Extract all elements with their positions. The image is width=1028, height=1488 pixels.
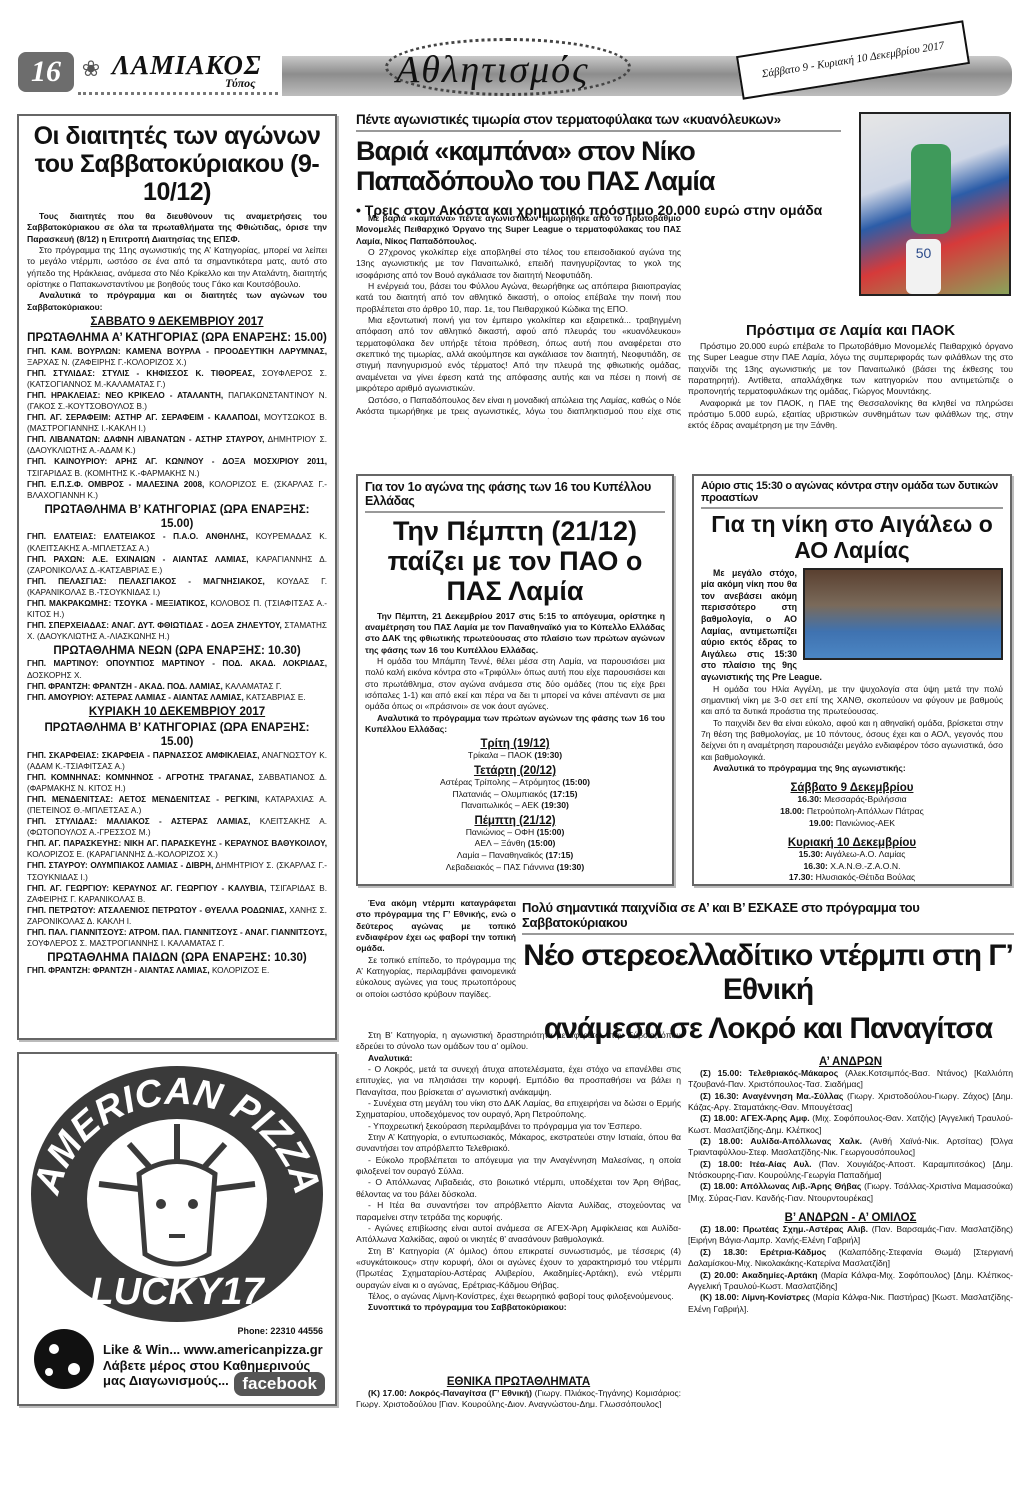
match-teams: ΓΗΠ. ΛΙΒΑΝΑΤΩΝ: ΔΑΦΝΗ ΛΙΒΑΝΑΤΩΝ - ΑΣΤΗΡ … bbox=[27, 435, 264, 444]
divider bbox=[522, 933, 1014, 935]
article-kicker: Για τον 1ο αγώνα της φάσης των 16 του Κυ… bbox=[365, 480, 665, 508]
match-teams: ΓΗΠ. ΜΑΡΤΙΝΟΥ: ΟΠΟΥΝΤΙΟΣ ΜΑΡΤΙΝΟΥ - ΠΟΔ.… bbox=[27, 659, 327, 668]
article-para: Η ομάδα του Ηλία Αγγέλη, με την ψυχολογί… bbox=[701, 684, 1003, 718]
papadopoulos-article: Πέντε αγωνιστικές τιμωρία στον τερματοφύ… bbox=[356, 112, 841, 218]
american-pizza-ad[interactable]: AMERICAN PIZZA LUCKY17 Phone: 22310 4455… bbox=[17, 1052, 337, 1406]
bullet-para: - Ο Απόλλωνας Λιβαδειάς, στο βοιωτικό ντ… bbox=[356, 1177, 681, 1200]
fixture-time: (19:30) bbox=[534, 750, 562, 760]
fixture-time: 18.00: bbox=[780, 806, 804, 816]
match-teams: ΓΗΠ. ΠΕΛΑΣΓΙΑΣ: ΠΕΛΑΣΓΙΑΚΟΣ - ΜΑΓΝΗΣΙΑΚΟ… bbox=[27, 577, 265, 586]
fixture-teams: (Σ) 15.00: Τελεθριακός-Μάκαρος bbox=[700, 1068, 838, 1078]
schedule-date: ΚΥΡΙΑΚΗ 10 ΔΕΚΕΜΒΡΙΟΥ 2017 bbox=[27, 705, 327, 719]
match-teams: ΓΗΠ. ΣΤΥΛΙΔΑΣ: ΜΑΛΙΑΚΟΣ - ΑΣΤΕΡΑΣ ΛΑΜΙΑΣ… bbox=[27, 817, 250, 826]
referees-title-line2: του Σαββατοκύριακου (9-10/12) bbox=[27, 150, 327, 206]
bullet-para: - Συνέχεια στη μεγάλη του νίκη στο ΔΑΚ Λ… bbox=[356, 1098, 681, 1121]
fixture-row: (Σ) 16.30: Αναγέννηση Μα.-Σύλλας (Γιωργ.… bbox=[688, 1091, 1013, 1114]
local-schedule: Α’ ΑΝΔΡΩΝ(Σ) 15.00: Τελεθριακός-Μάκαρος … bbox=[688, 1010, 1013, 1315]
article-kicker: Πολύ σημαντικά παιχνίδια σε Α’ και Β’ ΕΣ… bbox=[522, 900, 1014, 930]
article-para: Η ενέργειά του, βάσει του Φύλλου Αγώνα, … bbox=[356, 281, 681, 315]
fixture-row: (Κ) 18.00: Λίμνη-Κονίστρες (Μαρία Κάλφα-… bbox=[688, 1292, 1013, 1315]
article-para: Τέλος, ο αγώνας Λίμνη-Κονίστρες, έχει θε… bbox=[356, 1291, 681, 1302]
fixture-teams: Λεβαδειακός – ΠΑΣ Γιάννινα bbox=[446, 862, 557, 872]
match-row: ΓΗΠ. ΛΙΒΑΝΑΤΩΝ: ΔΑΦΝΗ ΛΙΒΑΝΑΤΩΝ - ΑΣΤΗΡ … bbox=[27, 434, 327, 456]
league-title: ΠΡΩΤΑΘΛΗΜΑ ΠΑΙΔΩΝ (ΩΡΑ ΕΝΑΡΞΗΣ: 10.30) bbox=[27, 951, 327, 965]
match-row: ΓΗΠ. ΜΑΡΤΙΝΟΥ: ΟΠΟΥΝΤΙΟΣ ΜΑΡΤΙΝΟΥ - ΠΟΔ.… bbox=[27, 658, 327, 680]
article-para: Μια εξοντωτική ποινή για τον έμπειρο γκο… bbox=[356, 315, 681, 394]
article-para: Αναλυτικά το πρόγραμμα των πρώτων αγώνων… bbox=[365, 713, 665, 736]
fixture-time: 15.30: bbox=[799, 849, 823, 859]
match-referees: ΚΟΛΟΡΙΖΟΣ Ε. bbox=[210, 966, 270, 975]
league-title: ΠΡΩΤΑΘΛΗΜΑ ΝΕΩΝ (ΩΡΑ ΕΝΑΡΞΗΣ: 10.30) bbox=[27, 644, 327, 658]
article-para: Με βαριά «καμπάνα» πέντε αγωνιστικών τιμ… bbox=[356, 213, 681, 247]
referees-title-line1: Οι διαιτητές των αγώνων bbox=[27, 122, 327, 150]
article-para: Συνοπτικά το πρόγραμμα του Σαββατοκύριακ… bbox=[356, 1302, 681, 1313]
fixture-teams: Πετρούπολη-Απόλλων Πάτρας bbox=[805, 806, 924, 816]
fixture-row: 19.00: Πανιώνιος-ΑΕΚ bbox=[701, 818, 1003, 830]
fixture-row: (Σ) 18.00: Ιτέα-Αίας Αυλ. (Παν. Χουγιάζο… bbox=[688, 1159, 1013, 1182]
fixture-teams: (Κ) 18.00: Λίμνη-Κονίστρες bbox=[700, 1292, 810, 1302]
match-referees: ΚΑΤΣΑΒΡΙΑΣ Ε. bbox=[244, 693, 306, 702]
dotted-rule bbox=[78, 92, 278, 95]
league-title: ΠΡΩΤΑΘΛΗΜΑ Α’ ΚΑΤΗΓΟΡΙΑΣ (ΩΡΑ ΕΝΑΡΞΗΣ: 1… bbox=[27, 331, 327, 345]
fixture-time: 19.00: bbox=[809, 818, 833, 828]
match-teams: ΓΗΠ. ΜΕΝΔΕΝΙΤΣΑΣ: ΑΕΤΟΣ ΜΕΝΔΕΝΙΤΣΑΣ - ΡΕ… bbox=[27, 795, 259, 804]
match-teams: ΓΗΠ. ΦΡΑΝΤΖΗ: ΦΡΑΝΤΖΗ - ΑΚΑΔ. ΠΟΔ. ΛΑΜΙΑ… bbox=[27, 682, 223, 691]
fixture-row: (Κ) 17.00: Λοκρός-Παναγίτσα (Γ’ Εθνική) … bbox=[356, 1388, 681, 1408]
fixture-time: (15:00) bbox=[562, 777, 590, 787]
match-teams: ΓΗΠ. ΚΟΜΝΗΝΑΣ: ΚΟΜΝΗΝΟΣ - ΑΓΡΟΤΗΣ ΤΡΑΓΑΝ… bbox=[27, 773, 254, 782]
match-row: ΓΗΠ. ΗΡΑΚΛΕΙΑΣ: ΝΕΟ ΚΡΙΚΕΛΟ - ΑΤΑΛΑΝΤΗ, … bbox=[27, 390, 327, 412]
article-para: Στη Β’ Κατηγορία (Α’ όμιλος) όπου επικρα… bbox=[356, 1246, 681, 1291]
facebook-badge[interactable]: facebook bbox=[234, 1372, 325, 1396]
fixture-row: Πλατανιάς – Ολυμπιακός (17:15) bbox=[365, 789, 665, 801]
cup-schedule: Τρίτη (19/12)Τρίκαλα – ΠΑΟΚ (19:30)Τετάρ… bbox=[365, 738, 665, 873]
article-para: Την Πέμπτη, 21 Δεκεμβρίου 2017 στις 5:15… bbox=[365, 611, 665, 656]
match-row: ΓΗΠ. ΣΠΕΡΧΕΙΑΔΑΣ: ΑΝΑΓ. ΔΥΤ. ΦΘΙΩΤΙΔΑΣ -… bbox=[27, 620, 327, 642]
fixture-row: 18.00: Πετρούπολη-Απόλλων Πάτρας bbox=[701, 806, 1003, 818]
volley-article: Αύριο στις 15:30 ο αγώνας κόντρα στην ομ… bbox=[692, 474, 1012, 886]
bullet-para: - Η Ιτέα θα συναντήσει τον απρόβλεπτο Αί… bbox=[356, 1200, 681, 1223]
match-teams: ΓΗΠ. ΦΡΑΝΤΖΗ: ΦΡΑΝΤΖΗ - ΑΙΑΝΤΑΣ ΛΑΜΙΑΣ, bbox=[27, 966, 210, 975]
match-teams: ΓΗΠ. ΠΑΛ. ΓΙΑΝΝΙΤΣΟΥΣ: ΑΤΡΟΜ. ΠΑΛ. ΓΙΑΝΝ… bbox=[27, 928, 327, 937]
match-row: ΓΗΠ. ΣΤΥΛΙΔΑΣ: ΜΑΛΙΑΚΟΣ - ΑΣΤΕΡΑΣ ΛΑΜΙΑΣ… bbox=[27, 816, 327, 838]
fixture-row: (Σ) 18.30: Ερέτρια-Κάδμος (Καλαπόδης-Στε… bbox=[688, 1247, 1013, 1270]
match-row: ΓΗΠ. ΕΛΑΤΕΙΑΣ: ΕΛΑΤΕΙΑΚΟΣ - Π.Α.Ο. ΑΝΘΗΛ… bbox=[27, 531, 327, 553]
match-row: ΓΗΠ. ΚΟΜΝΗΝΑΣ: ΚΟΜΝΗΝΟΣ - ΑΓΡΟΤΗΣ ΤΡΑΓΑΝ… bbox=[27, 772, 327, 794]
match-referees: ΞΑΡΧΑΣ Ν. (ΖΑΦΕΙΡΗΣ Γ.-ΚΟΛΟΡΙΖΟΣ Χ.) bbox=[27, 358, 187, 367]
schedule-day: Κυριακή 10 Δεκεμβρίου bbox=[701, 837, 1003, 849]
fixture-teams: Ηλυσιακός-Θέτιδα Βούλας bbox=[813, 872, 915, 882]
match-teams: ΓΗΠ. ΣΤΑΥΡΟΥ: ΟΛΥΜΠΙΑΚΟΣ ΛΑΜΙΑΣ - ΔΙΒΡΗ, bbox=[27, 861, 213, 870]
fixture-row: (Σ) 18.00: Απόλλωνας Λιβ.-Άρης Θήβας (Γι… bbox=[688, 1181, 1013, 1204]
ad-line: Λάβετε μέρος στου Καθημερινούς bbox=[103, 1358, 323, 1374]
fixture-teams: Πανιώνιος – ΟΦΗ bbox=[466, 827, 537, 837]
match-row: ΓΗΠ. ΠΑΛ. ΓΙΑΝΝΙΤΣΟΥΣ: ΑΤΡΟΜ. ΠΑΛ. ΓΙΑΝΝ… bbox=[27, 927, 327, 949]
article-para: Στη Β’ Κατηγορία, η αγωνιστική δραστηριό… bbox=[356, 1030, 681, 1053]
svg-text:LUCKY17: LUCKY17 bbox=[90, 1271, 265, 1313]
volleyball-team-photo bbox=[803, 568, 1003, 660]
fixture-teams: Παναιτωλικός – ΑΕΚ bbox=[461, 800, 541, 810]
fixture-time: 16.30: bbox=[804, 861, 828, 871]
bullet-para: - Αγώνες επιβίωσης είναι αυτοί ανάμεσα σ… bbox=[356, 1223, 681, 1246]
fixture-teams: Λαμία – Παναθηναϊκός bbox=[457, 850, 546, 860]
article-para: Αναλυτικά: bbox=[356, 1053, 681, 1064]
article-kicker: Πέντε αγωνιστικές τιμωρία στον τερματοφύ… bbox=[356, 112, 841, 127]
article-headline: Νέο στερεοελλαδίτικο ντέρμπι στη Γ’ Εθνι… bbox=[522, 939, 1014, 1006]
article-lead: Ένα ακόμη ντέρμπι καταγράφεται στο πρόγρ… bbox=[356, 898, 516, 955]
fixture-time: (17:15) bbox=[546, 850, 574, 860]
fixture-teams: (Σ) 18.00: Ιτέα-Αίας Αυλ. bbox=[700, 1159, 812, 1169]
article-para: Σε τοπικό επίπεδο, το πρόγραμμα της Α’ Κ… bbox=[356, 955, 516, 1000]
fixture-teams: (Σ) 18.30: Ερέτρια-Κάδμος bbox=[700, 1247, 826, 1257]
league-title: Α’ ΑΝΔΡΩΝ bbox=[688, 1056, 1013, 1068]
match-row: ΓΗΠ. ΑΓ. ΠΑΡΑΣΚΕΥΗΣ: ΝΙΚΗ ΑΓ. ΠΑΡΑΣΚΕΥΗΣ… bbox=[27, 838, 327, 860]
fixture-row: Τρίκαλα – ΠΑΟΚ (19:30) bbox=[365, 750, 665, 762]
referees-para: Στο πρόγραμμα της 11ης αγωνιστικής της Α… bbox=[27, 245, 327, 290]
fixture-row: Πανιώνιος – ΟΦΗ (15:00) bbox=[365, 827, 665, 839]
fixture-row: ΑΕΛ – Ξάνθη (15:00) bbox=[365, 838, 665, 850]
national-schedule: ΕΘΝΙΚΑ ΠΡΩΤΑΘΛΗΜΑΤΑ(Κ) 17.00: Λοκρός-Παν… bbox=[356, 1368, 681, 1408]
match-teams: ΓΗΠ. ΑΓ. ΠΑΡΑΣΚΕΥΗΣ: ΝΙΚΗ ΑΓ. ΠΑΡΑΣΚΕΥΗΣ… bbox=[27, 839, 327, 848]
match-teams: ΓΗΠ. ΗΡΑΚΛΕΙΑΣ: ΝΕΟ ΚΡΙΚΕΛΟ - ΑΤΑΛΑΝΤΗ, bbox=[27, 391, 223, 400]
fixture-teams: (Σ) 18.00: ΑΓΕΧ-Άρης Αμφ. bbox=[700, 1113, 810, 1123]
fixture-row: 15.30: Αιγάλεω-Α.Ο. Λαμίας bbox=[701, 849, 1003, 861]
fixture-row: Αστέρας Τρίπολης – Ατρόμητος (15:00) bbox=[365, 777, 665, 789]
fixture-teams: (Σ) 16.30: Αναγέννηση Μα.-Σύλλας bbox=[700, 1091, 843, 1101]
match-referees: ΚΟΛΟΡΙΖΟΣ Ε. (ΚΑΡΑΓΙΑΝΝΗΣ Δ.-ΚΟΛΟΡΙΖΟΣ Χ… bbox=[27, 850, 218, 859]
fixture-time: (17:15) bbox=[550, 789, 578, 799]
fixture-row: (Σ) 18.00: ΑΓΕΧ-Άρης Αμφ. (Μιχ. Σοφόπουλ… bbox=[688, 1113, 1013, 1136]
match-teams: ΓΗΠ. ΑΜΟΥΡΙΟΥ: ΑΣΤΕΡΑΣ ΛΑΜΙΑΣ - ΑΙΑΝΤΑΣ … bbox=[27, 693, 244, 702]
match-row: ΓΗΠ. ΑΓ. ΣΕΡΑΦΕΙΜ: ΑΣΤΗΡ ΑΓ. ΣΕΡΑΦΕΙΜ - … bbox=[27, 412, 327, 434]
fixture-time: (19:30) bbox=[556, 862, 584, 872]
league-title: ΕΘΝΙΚΑ ΠΡΩΤΑΘΛΗΜΑΤΑ bbox=[356, 1376, 681, 1388]
paper-subtitle: Τύπος bbox=[225, 76, 256, 91]
match-row: ΓΗΠ. ΡΑΧΩΝ: Α.Ε. ΕΧΙΝΑΙΩΝ - ΑΙΑΝΤΑΣ ΛΑΜΙ… bbox=[27, 554, 327, 576]
article-headline: Την Πέμπτη (21/12) παίζει με τον ΠΑΟ ο Π… bbox=[365, 516, 665, 607]
fixture-teams: Αιγάλεω-Α.Ο. Λαμίας bbox=[823, 849, 905, 859]
league-title: ΠΡΩΤΑΘΛΗΜΑ Β’ ΚΑΤΗΓΟΡΙΑΣ (ΩΡΑ ΕΝΑΡΞΗΣ: 1… bbox=[27, 503, 327, 532]
match-row: ΓΗΠ. ΣΤΥΛΙΔΑΣ: ΣΤΥΛΙΣ - ΚΗΦΙΣΣΟΣ Κ. ΤΙΘΟ… bbox=[27, 368, 327, 390]
article-para: Το παιχνίδι δεν θα είναι εύκολο, αφού κα… bbox=[701, 718, 1003, 763]
match-teams: ΓΗΠ. Ε.Π.Σ.Φ. ΟΜΒΡΟΣ - ΜΑΛΕΣΙΝΑ 2008, bbox=[27, 480, 204, 489]
match-row: ΓΗΠ. ΜΕΝΔΕΝΙΤΣΑΣ: ΑΕΤΟΣ ΜΕΝΔΕΝΙΤΣΑΣ - ΡΕ… bbox=[27, 794, 327, 816]
article-headline: Για τη νίκη στο Αιγάλεω ο ΑΟ Λαμίας bbox=[701, 512, 1003, 564]
ad-website-line[interactable]: Like & Win... www.americanpizza.gr bbox=[103, 1342, 323, 1358]
match-teams: ΓΗΠ. ΑΓ. ΣΕΡΑΦΕΙΜ: ΑΣΤΗΡ ΑΓ. ΣΕΡΑΦΕΙΜ - … bbox=[27, 413, 260, 422]
article-para: Στην Α’ Κατηγορία, ο εντυπωσιακός, Μάκαρ… bbox=[356, 1132, 681, 1155]
article-para: Ο 27χρονος γκολκίπερ είχε αποβληθεί στο … bbox=[356, 247, 681, 281]
fixture-teams: Πλατανιάς – Ολυμπιακός bbox=[453, 789, 550, 799]
match-row: ΓΗΠ. ΚΑΙΝΟΥΡΙΟΥ: ΑΡΗΣ ΑΓ. ΚΩΝ/ΝΟΥ - ΔΟΞΑ… bbox=[27, 456, 327, 478]
match-row: ΓΗΠ. ΚΑΜ. ΒΟΥΡΛΩΝ: ΚΑΜΕΝΑ ΒΟΥΡΛΑ - ΠΡΟΟΔ… bbox=[27, 346, 327, 368]
fixture-row: (Σ) 18.00: Πρωτέας Σχημ.-Αστέρας Αλιβ. (… bbox=[688, 1224, 1013, 1247]
ad-phone: Phone: 22310 44556 bbox=[237, 1326, 323, 1336]
volley-schedule: Σάββατο 9 Δεκεμβρίου16.30: Μεσσαράς-Βριλ… bbox=[701, 782, 1003, 884]
fixture-row: Λαμία – Παναθηναϊκός (17:15) bbox=[365, 850, 665, 862]
fixture-row: (Σ) 20.00: Ακαδημίες-Αρτάκη (Μαρία Κάλφα… bbox=[688, 1270, 1013, 1293]
article-para: Αναλυτικά το πρόγραμμα της 9ης αγωνιστικ… bbox=[701, 763, 1003, 774]
referees-schedule: ΣΑΒΒΑΤΟ 9 ΔΕΚΕΜΒΡΙΟΥ 2017ΠΡΩΤΑΘΛΗΜΑ Α’ Κ… bbox=[27, 315, 327, 976]
fixture-row: (Σ) 18.00: Αυλίδα-Απόλλωνας Χαλκ. (Ανθή … bbox=[688, 1136, 1013, 1159]
page-number: 16 bbox=[18, 52, 74, 92]
article-para: Η ομάδα του Μπάμπη Τεννέ, θέλει μέσα στη… bbox=[365, 656, 665, 713]
schedule-day: Τρίτη (19/12) bbox=[365, 738, 665, 750]
fixture-time: 17.30: bbox=[789, 872, 813, 882]
fines-title: Πρόστιμα σε Λαμία και ΠΑΟΚ bbox=[688, 322, 1013, 339]
schedule-day: Πέμπτη (21/12) bbox=[365, 815, 665, 827]
match-row: ΓΗΠ. ΣΚΑΡΦΕΙΑΣ: ΣΚΑΡΦΕΙΑ - ΠΑΡΝΑΣΣΟΣ ΑΜΦ… bbox=[27, 750, 327, 772]
fixture-teams: Χ.Α.Ν.Θ.-Ζ.Α.Ο.Ν. bbox=[828, 861, 901, 871]
match-referees: ΣΟΥΦΛΕΡΟΣ Σ. ΜΑΣΤΡΟΓΙΑΝΝΗΣ Ι. ΚΑΛΑΜΑΤΑΣ … bbox=[27, 939, 224, 948]
fixture-row: Παναιτωλικός – ΑΕΚ (19:30) bbox=[365, 800, 665, 812]
match-teams: ΓΗΠ. ΣΚΑΡΦΕΙΑΣ: ΣΚΑΡΦΕΙΑ - ΠΑΡΝΑΣΣΟΣ ΑΜΦ… bbox=[27, 751, 259, 760]
divider bbox=[365, 511, 665, 513]
fixture-row: 16.30: Χ.Α.Ν.Θ.-Ζ.Α.Ο.Ν. bbox=[701, 861, 1003, 873]
section-title: Αθλητισμός bbox=[396, 48, 590, 92]
fixture-row: 17.30: Ηλυσιακός-Θέτιδα Βούλας bbox=[701, 872, 1003, 884]
match-referees: ΔΟΣΚΟΡΗΣ Χ. bbox=[27, 671, 82, 680]
article-para: Αναφορικά με τον ΠΑΟΚ, η ΠΑΕ της Θεσσαλο… bbox=[688, 398, 1013, 432]
article-para: Ωστόσο, ο Παπαδόπουλος δεν είναι η μοναδ… bbox=[356, 395, 681, 419]
referees-para: Αναλυτικά το πρόγραμμα και οι διαιτητές … bbox=[27, 290, 327, 313]
article-headline: Βαριά «καμπάνα» στον Νίκο Παπαδόπουλο το… bbox=[356, 136, 841, 196]
cup-article: Για τον 1ο αγώνα της φάσης των 16 του Κυ… bbox=[356, 474, 674, 886]
article-kicker: Αύριο στις 15:30 ο αγώνας κόντρα στην ομ… bbox=[701, 480, 1003, 504]
fixture-time: (15:00) bbox=[537, 827, 565, 837]
fixture-time: 16.30: bbox=[797, 794, 821, 804]
league-title: ΠΡΩΤΑΘΛΗΜΑ Β’ ΚΑΤΗΓΟΡΙΑΣ (ΩΡΑ ΕΝΑΡΞΗΣ: 1… bbox=[27, 721, 327, 750]
match-teams: ΓΗΠ. ΡΑΧΩΝ: Α.Ε. ΕΧΙΝΑΙΩΝ - ΑΙΑΝΤΑΣ ΛΑΜΙ… bbox=[27, 555, 249, 564]
fixture-teams: (Σ) 18.00: Απόλλωνας Λιβ.-Άρης Θήβας bbox=[700, 1181, 861, 1191]
match-teams: ΓΗΠ. ΜΑΚΡΑΚΩΜΗΣ: ΤΣΟΥΚΑ - ΜΕΞΙΑΤΙΚΟΣ, bbox=[27, 599, 207, 608]
match-teams: ΓΗΠ. ΣΤΥΛΙΔΑΣ: ΣΤΥΛΙΣ - ΚΗΦΙΣΣΟΣ Κ. ΤΙΘΟ… bbox=[27, 369, 255, 378]
schedule-date: ΣΑΒΒΑΤΟ 9 ΔΕΚΕΜΒΡΙΟΥ 2017 bbox=[27, 315, 327, 329]
match-teams: ΓΗΠ. ΚΑΙΝΟΥΡΙΟΥ: ΑΡΗΣ ΑΓ. ΚΩΝ/ΝΟΥ - ΔΟΞΑ… bbox=[27, 457, 327, 466]
goalkeeper-photo: 50 bbox=[859, 112, 1011, 296]
fixture-teams: ΑΕΛ – Ξάνθη bbox=[475, 838, 528, 848]
match-row: ΓΗΠ. ΠΕΤΡΩΤΟΥ: ΑΤΣΑΛΕΝΙΟΣ ΠΕΤΡΩΤΟΥ - ΘΥΕ… bbox=[27, 905, 327, 927]
schedule-day: Σάββατο 9 Δεκεμβρίου bbox=[701, 782, 1003, 794]
fixture-row: Λεβαδειακός – ΠΑΣ Γιάννινα (19:30) bbox=[365, 862, 665, 874]
match-row: ΓΗΠ. Ε.Π.Σ.Φ. ΟΜΒΡΟΣ - ΜΑΛΕΣΙΝΑ 2008, ΚΟ… bbox=[27, 479, 327, 501]
match-teams: ΓΗΠ. ΑΓ. ΓΕΩΡΓΙΟΥ: ΚΕΡΑΥΝΟΣ ΑΓ. ΓΕΩΡΓΙΟΥ… bbox=[27, 884, 266, 893]
match-teams: ΓΗΠ. ΚΑΜ. ΒΟΥΡΛΩΝ: ΚΑΜΕΝΑ ΒΟΥΡΛΑ - ΠΡΟΟΔ… bbox=[27, 347, 327, 356]
match-row: ΓΗΠ. ΣΤΑΥΡΟΥ: ΟΛΥΜΠΙΑΚΟΣ ΛΑΜΙΑΣ - ΔΙΒΡΗ,… bbox=[27, 860, 327, 882]
match-teams: ΓΗΠ. ΕΛΑΤΕΙΑΣ: ΕΛΑΤΕΙΑΚΟΣ - Π.Α.Ο. ΑΝΘΗΛ… bbox=[27, 532, 248, 541]
match-teams: ΓΗΠ. ΠΕΤΡΩΤΟΥ: ΑΤΣΑΛΕΝΙΟΣ ΠΕΤΡΩΤΟΥ - ΘΥΕ… bbox=[27, 906, 287, 915]
schedule-day: Τετάρτη (20/12) bbox=[365, 765, 665, 777]
match-row: ΓΗΠ. ΜΑΚΡΑΚΩΜΗΣ: ΤΣΟΥΚΑ - ΜΕΞΙΑΤΙΚΟΣ, ΚΟ… bbox=[27, 598, 327, 620]
rose-logo-icon: ❀ bbox=[80, 56, 102, 88]
match-row: ΓΗΠ. ΑΓ. ΓΕΩΡΓΙΟΥ: ΚΕΡΑΥΝΟΣ ΑΓ. ΓΕΩΡΓΙΟΥ… bbox=[27, 883, 327, 905]
league-title: Β’ ΑΝΔΡΩΝ - Α’ ΟΜΙΛΟΣ bbox=[688, 1212, 1013, 1224]
bullet-para: - Εύκολο προβλέπεται το απόγευμα για την… bbox=[356, 1155, 681, 1178]
match-row: ΓΗΠ. ΦΡΑΝΤΖΗ: ΦΡΑΝΤΖΗ - ΑΙΑΝΤΑΣ ΛΑΜΙΑΣ, … bbox=[27, 965, 327, 976]
match-teams: ΓΗΠ. ΣΠΕΡΧΕΙΑΔΑΣ: ΑΝΑΓ. ΔΥΤ. ΦΘΙΩΤΙΔΑΣ -… bbox=[27, 621, 282, 630]
divider bbox=[356, 130, 841, 132]
fixture-teams: (Σ) 18.00: Πρωτέας Σχημ.-Αστέρας Αλιβ. bbox=[700, 1224, 868, 1234]
match-referees: ΚΑΛΑΜΑΤΑΣ Γ. bbox=[223, 682, 282, 691]
fixture-teams: (Σ) 20.00: Ακαδημίες-Αρτάκη bbox=[700, 1270, 817, 1280]
fixture-row: 16.30: Μεσσαράς-Βριλήσσια bbox=[701, 794, 1003, 806]
match-referees: ΤΣΙΓΑΡΙΔΑΣ Β. (ΚΟΜΗΤΗΣ Κ.-ΦΑΡΜΑΚΗΣ Ν.) bbox=[27, 469, 199, 478]
fixture-teams: Μεσσαράς-Βριλήσσια bbox=[822, 794, 907, 804]
fixture-row: (Σ) 15.00: Τελεθριακός-Μάκαρος (Αλεκ.Κοτ… bbox=[688, 1068, 1013, 1091]
match-row: ΓΗΠ. ΠΕΛΑΣΓΙΑΣ: ΠΕΛΑΣΓΙΑΚΟΣ - ΜΑΓΝΗΣΙΑΚΟ… bbox=[27, 576, 327, 598]
fixture-teams: (Κ) 17.00: Λοκρός-Παναγίτσα (Γ’ Εθνική) bbox=[368, 1388, 532, 1398]
referees-article: Οι διαιτητές των αγώνων του Σαββατοκύρια… bbox=[17, 114, 337, 1040]
fixture-teams: Αστέρας Τρίπολης – Ατρόμητος bbox=[440, 777, 562, 787]
article-para: Πρόστιμο 20.000 ευρώ επέβαλε το Πρωτοβάθ… bbox=[688, 341, 1013, 398]
match-row: ΓΗΠ. ΦΡΑΝΤΖΗ: ΦΡΑΝΤΖΗ - ΑΚΑΔ. ΠΟΔ. ΛΑΜΙΑ… bbox=[27, 681, 327, 692]
fixture-time: (15:00) bbox=[528, 838, 556, 848]
match-row: ΓΗΠ. ΑΜΟΥΡΙΟΥ: ΑΣΤΕΡΑΣ ΛΑΜΙΑΣ - ΑΙΑΝΤΑΣ … bbox=[27, 692, 327, 703]
fixture-time: (19:30) bbox=[541, 800, 569, 810]
fixture-teams: Τρίκαλα – ΠΑΟΚ bbox=[468, 750, 534, 760]
bullet-para: - Ο Λοκρός, μετά τα συνεχή άτυχα αποτελέ… bbox=[356, 1064, 681, 1098]
bullet-para: - Υποχρεωτική ξεκούραση περιλαμβάνει το … bbox=[356, 1121, 681, 1132]
divider bbox=[701, 507, 1003, 509]
referees-intro: Τους διαιτητές που θα διευθύνουν τις ανα… bbox=[27, 211, 327, 245]
fixture-teams: (Σ) 18.00: Αυλίδα-Απόλλωνας Χαλκ. bbox=[700, 1136, 862, 1146]
fixture-teams: Πανιώνιος-ΑΕΚ bbox=[833, 818, 895, 828]
